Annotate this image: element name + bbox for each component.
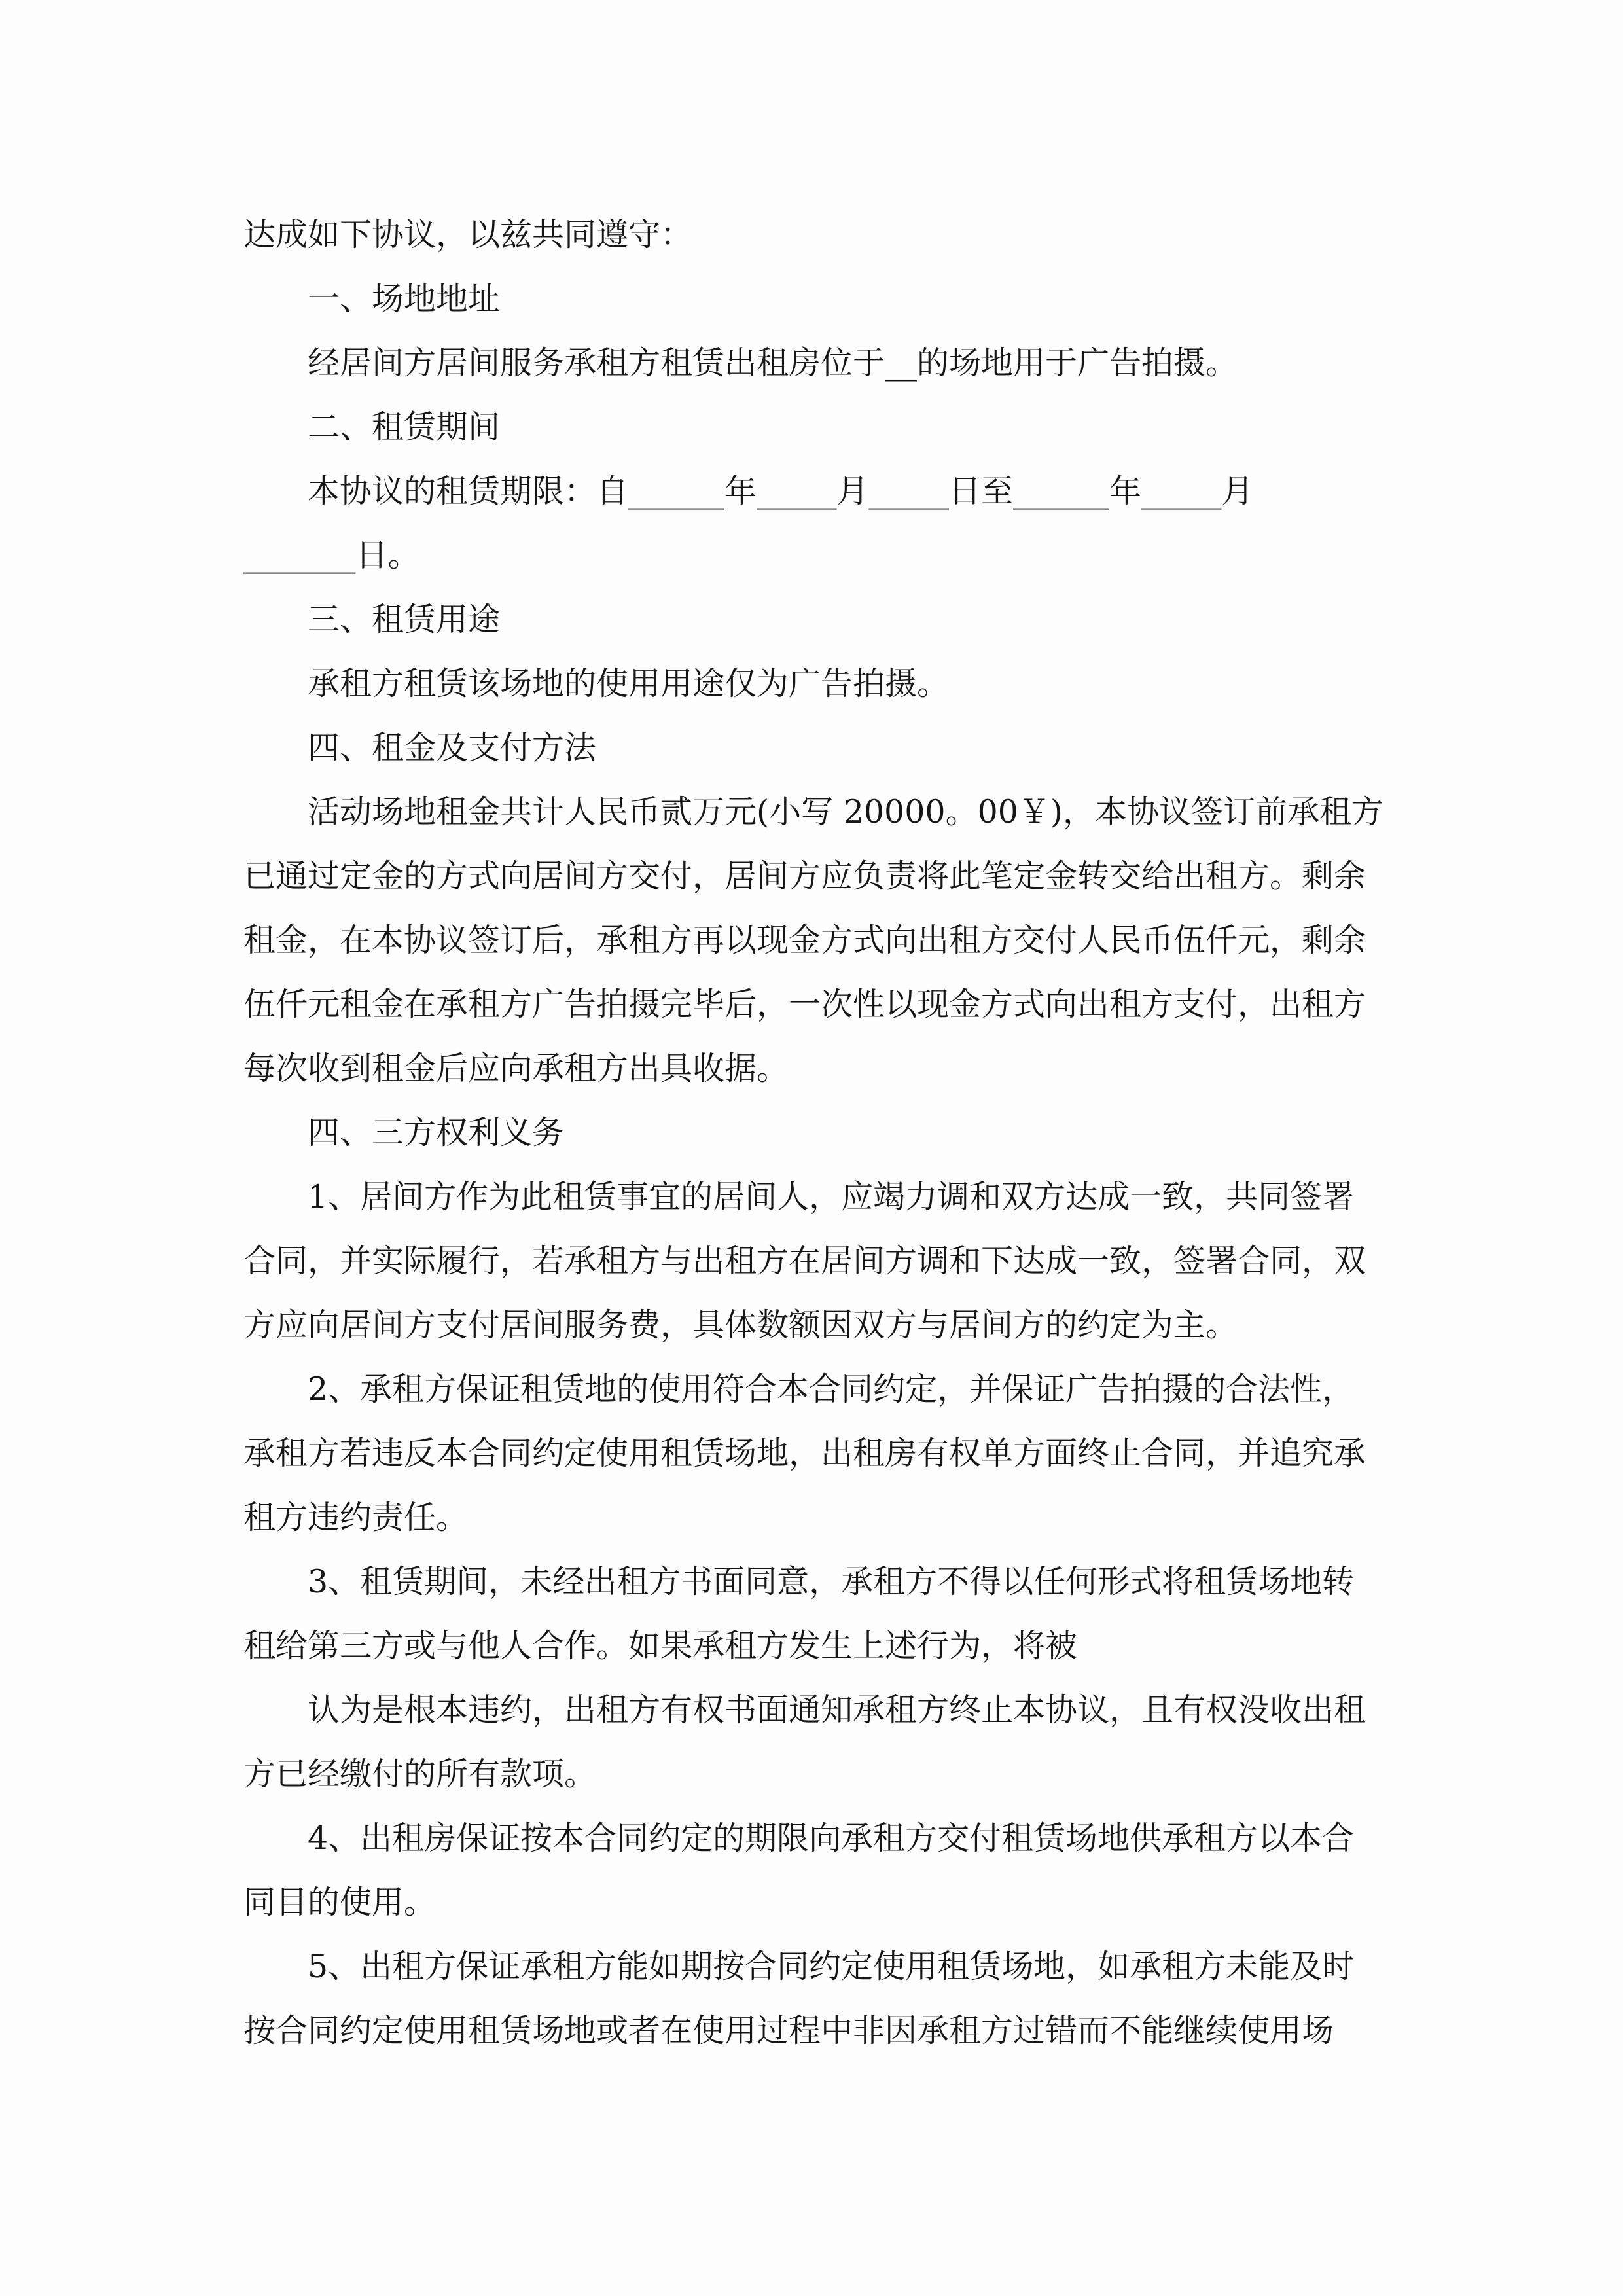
contract-line: 每次收到租金后应向承租方出具收据。	[243, 1037, 1399, 1101]
contract-line: 租给第三方或与他人合作。如果承租方发生上述行为，将被	[243, 1614, 1399, 1678]
contract-line: 3、租赁期间，未经出租方书面同意，承租方不得以任何形式将租赁场地转	[243, 1550, 1399, 1614]
contract-line: 合同，并实际履行，若承租方与出租方在居间方调和下达成一致，签署合同，双	[243, 1229, 1399, 1293]
contract-line: 方应向居间方支付居间服务费，具体数额因双方与居间方的约定为主。	[243, 1293, 1399, 1357]
contract-text-block: 达成如下协议，以兹共同遵守：一、场地地址经居间方居间服务承租方租赁出租房位于__…	[243, 203, 1399, 2063]
contract-line: 四、租金及支付方法	[243, 716, 1399, 780]
contract-line: 三、租赁用途	[243, 588, 1399, 652]
contract-line: 经居间方居间服务承租方租赁出租房位于__的场地用于广告拍摄。	[243, 331, 1399, 395]
contract-line: 4、出租房保证按本合同约定的期限向承租方交付租赁场地供承租方以本合	[243, 1806, 1399, 1871]
contract-line: 同目的使用。	[243, 1871, 1399, 1935]
contract-line: 租金，在本协议签订后，承租方再以现金方式向出租方交付人民币伍仟元，剩余	[243, 908, 1399, 973]
contract-line: _______日。	[243, 524, 1399, 588]
contract-line: 伍仟元租金在承租方广告拍摄完毕后，一次性以现金方式向出租方支付，出租方	[243, 973, 1399, 1037]
contract-line: 二、租赁期间	[243, 395, 1399, 459]
contract-line: 四、三方权利义务	[243, 1101, 1399, 1165]
contract-line: 2、承租方保证租赁地的使用符合本合同约定，并保证广告拍摄的合法性，	[243, 1357, 1399, 1422]
contract-line: 1、居间方作为此租赁事宜的居间人，应竭力调和双方达成一致，共同签署	[243, 1165, 1399, 1229]
contract-line: 已通过定金的方式向居间方交付，居间方应负责将此笔定金转交给出租方。剩余	[243, 844, 1399, 908]
contract-line: 5、出租方保证承租方能如期按合同约定使用租赁场地，如承租方未能及时	[243, 1935, 1399, 1999]
contract-line: 一、场地地址	[243, 267, 1399, 331]
contract-line: 认为是根本违约，出租方有权书面通知承租方终止本协议，且有权没收出租	[243, 1678, 1399, 1742]
contract-line: 活动场地租金共计人民币贰万元(小写 20000。00￥)，本协议签订前承租方	[243, 780, 1399, 844]
contract-line: 租方违约责任。	[243, 1486, 1399, 1550]
contract-line: 本协议的租赁期限：自______年_____月_____日至______年___…	[243, 459, 1399, 524]
contract-line: 达成如下协议，以兹共同遵守：	[243, 203, 1399, 267]
contract-line: 按合同约定使用租赁场地或者在使用过程中非因承租方过错而不能继续使用场	[243, 1999, 1399, 2063]
contract-line: 方已经缴付的所有款项。	[243, 1742, 1399, 1806]
contract-page: 达成如下协议，以兹共同遵守：一、场地地址经居间方居间服务承租方租赁出租房位于__…	[0, 0, 1623, 2296]
contract-line: 承租方租赁该场地的使用用途仅为广告拍摄。	[243, 652, 1399, 716]
contract-line: 承租方若违反本合同约定使用租赁场地，出租房有权单方面终止合同，并追究承	[243, 1422, 1399, 1486]
